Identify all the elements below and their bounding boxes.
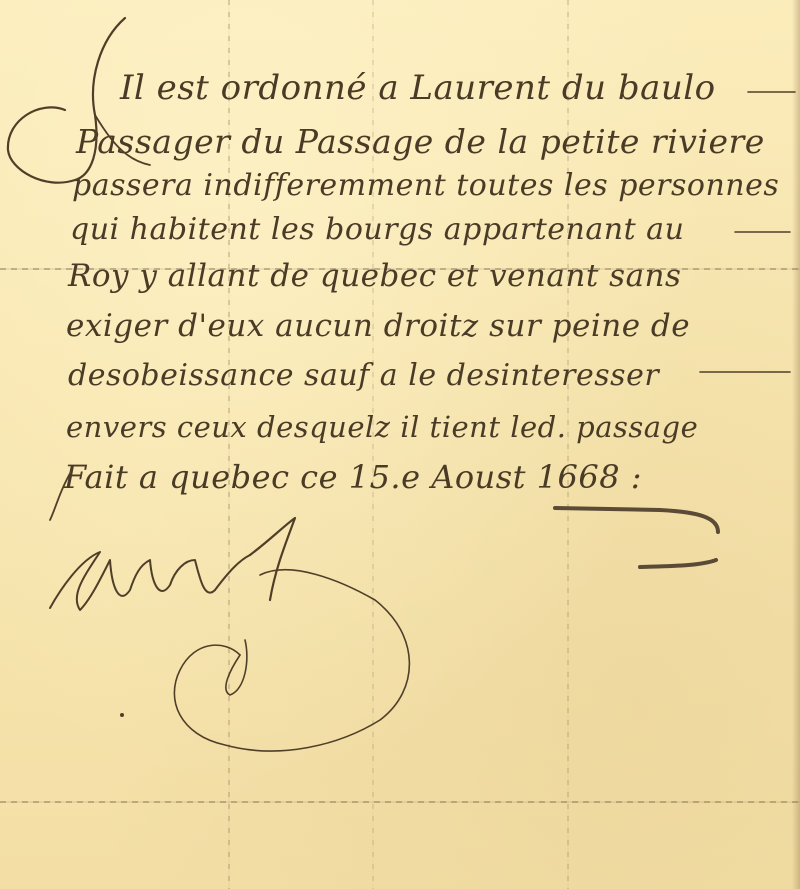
- signature: [50, 518, 409, 751]
- manuscript-page: Il est ordonné a Laurent du baulo Passag…: [0, 0, 800, 889]
- initial-letter-flourish: [8, 18, 125, 183]
- paraph-mark-upper: [555, 508, 718, 532]
- ink-flourishes: [0, 0, 800, 889]
- paraph-mark-lower: [640, 560, 716, 567]
